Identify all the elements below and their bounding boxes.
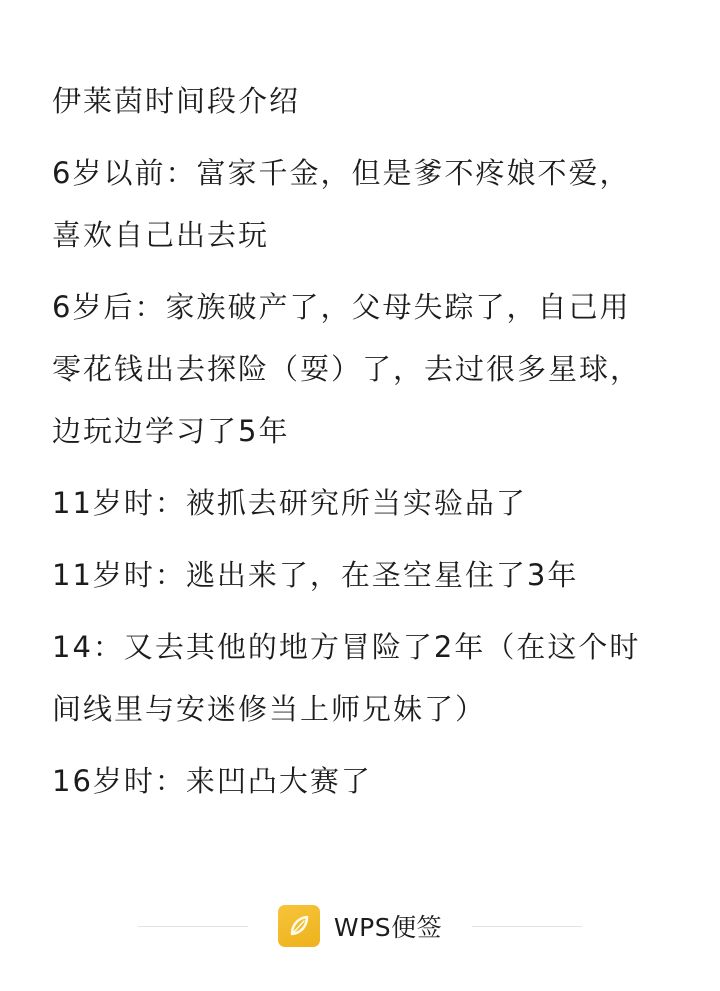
note-line: 11岁时：被抓去研究所当实验品了 bbox=[52, 472, 652, 534]
note-line: 喜欢自己出去玩 bbox=[52, 204, 652, 266]
footer-watermark: WPS便签 bbox=[0, 904, 720, 948]
note-line: 零花钱出去探险（耍）了，去过很多星球， bbox=[52, 338, 652, 400]
divider-right bbox=[472, 926, 582, 927]
note-paragraph: 6岁后：家族破产了，父母失踪了，自己用 零花钱出去探险（耍）了，去过很多星球， … bbox=[52, 276, 652, 462]
note-line: 6岁以前：富家千金，但是爹不疼娘不爱， bbox=[52, 142, 652, 204]
note-line: 14：又去其他的地方冒险了2年（在这个时 bbox=[52, 616, 652, 678]
note-line: 11岁时：逃出来了，在圣空星住了3年 bbox=[52, 544, 652, 606]
divider-left bbox=[138, 926, 248, 927]
note-paragraph: 16岁时：来凹凸大赛了 bbox=[52, 750, 652, 812]
note-line: 边玩边学习了5年 bbox=[52, 400, 652, 462]
note-line: 间线里与安迷修当上师兄妹了） bbox=[52, 678, 652, 740]
note-paragraph: 11岁时：逃出来了，在圣空星住了3年 bbox=[52, 544, 652, 606]
note-paragraph: 11岁时：被抓去研究所当实验品了 bbox=[52, 472, 652, 534]
leaf-icon bbox=[278, 905, 320, 947]
note-body: 伊莱茵时间段介绍 6岁以前：富家千金，但是爹不疼娘不爱， 喜欢自己出去玩 6岁后… bbox=[52, 70, 652, 822]
note-paragraph: 6岁以前：富家千金，但是爹不疼娘不爱， 喜欢自己出去玩 bbox=[52, 142, 652, 266]
note-line: 16岁时：来凹凸大赛了 bbox=[52, 750, 652, 812]
note-line: 6岁后：家族破产了，父母失踪了，自己用 bbox=[52, 276, 652, 338]
note-title: 伊莱茵时间段介绍 bbox=[52, 70, 652, 132]
brand: WPS便签 bbox=[278, 905, 442, 947]
brand-name: WPS便签 bbox=[334, 908, 442, 944]
note-paragraph: 14：又去其他的地方冒险了2年（在这个时 间线里与安迷修当上师兄妹了） bbox=[52, 616, 652, 740]
